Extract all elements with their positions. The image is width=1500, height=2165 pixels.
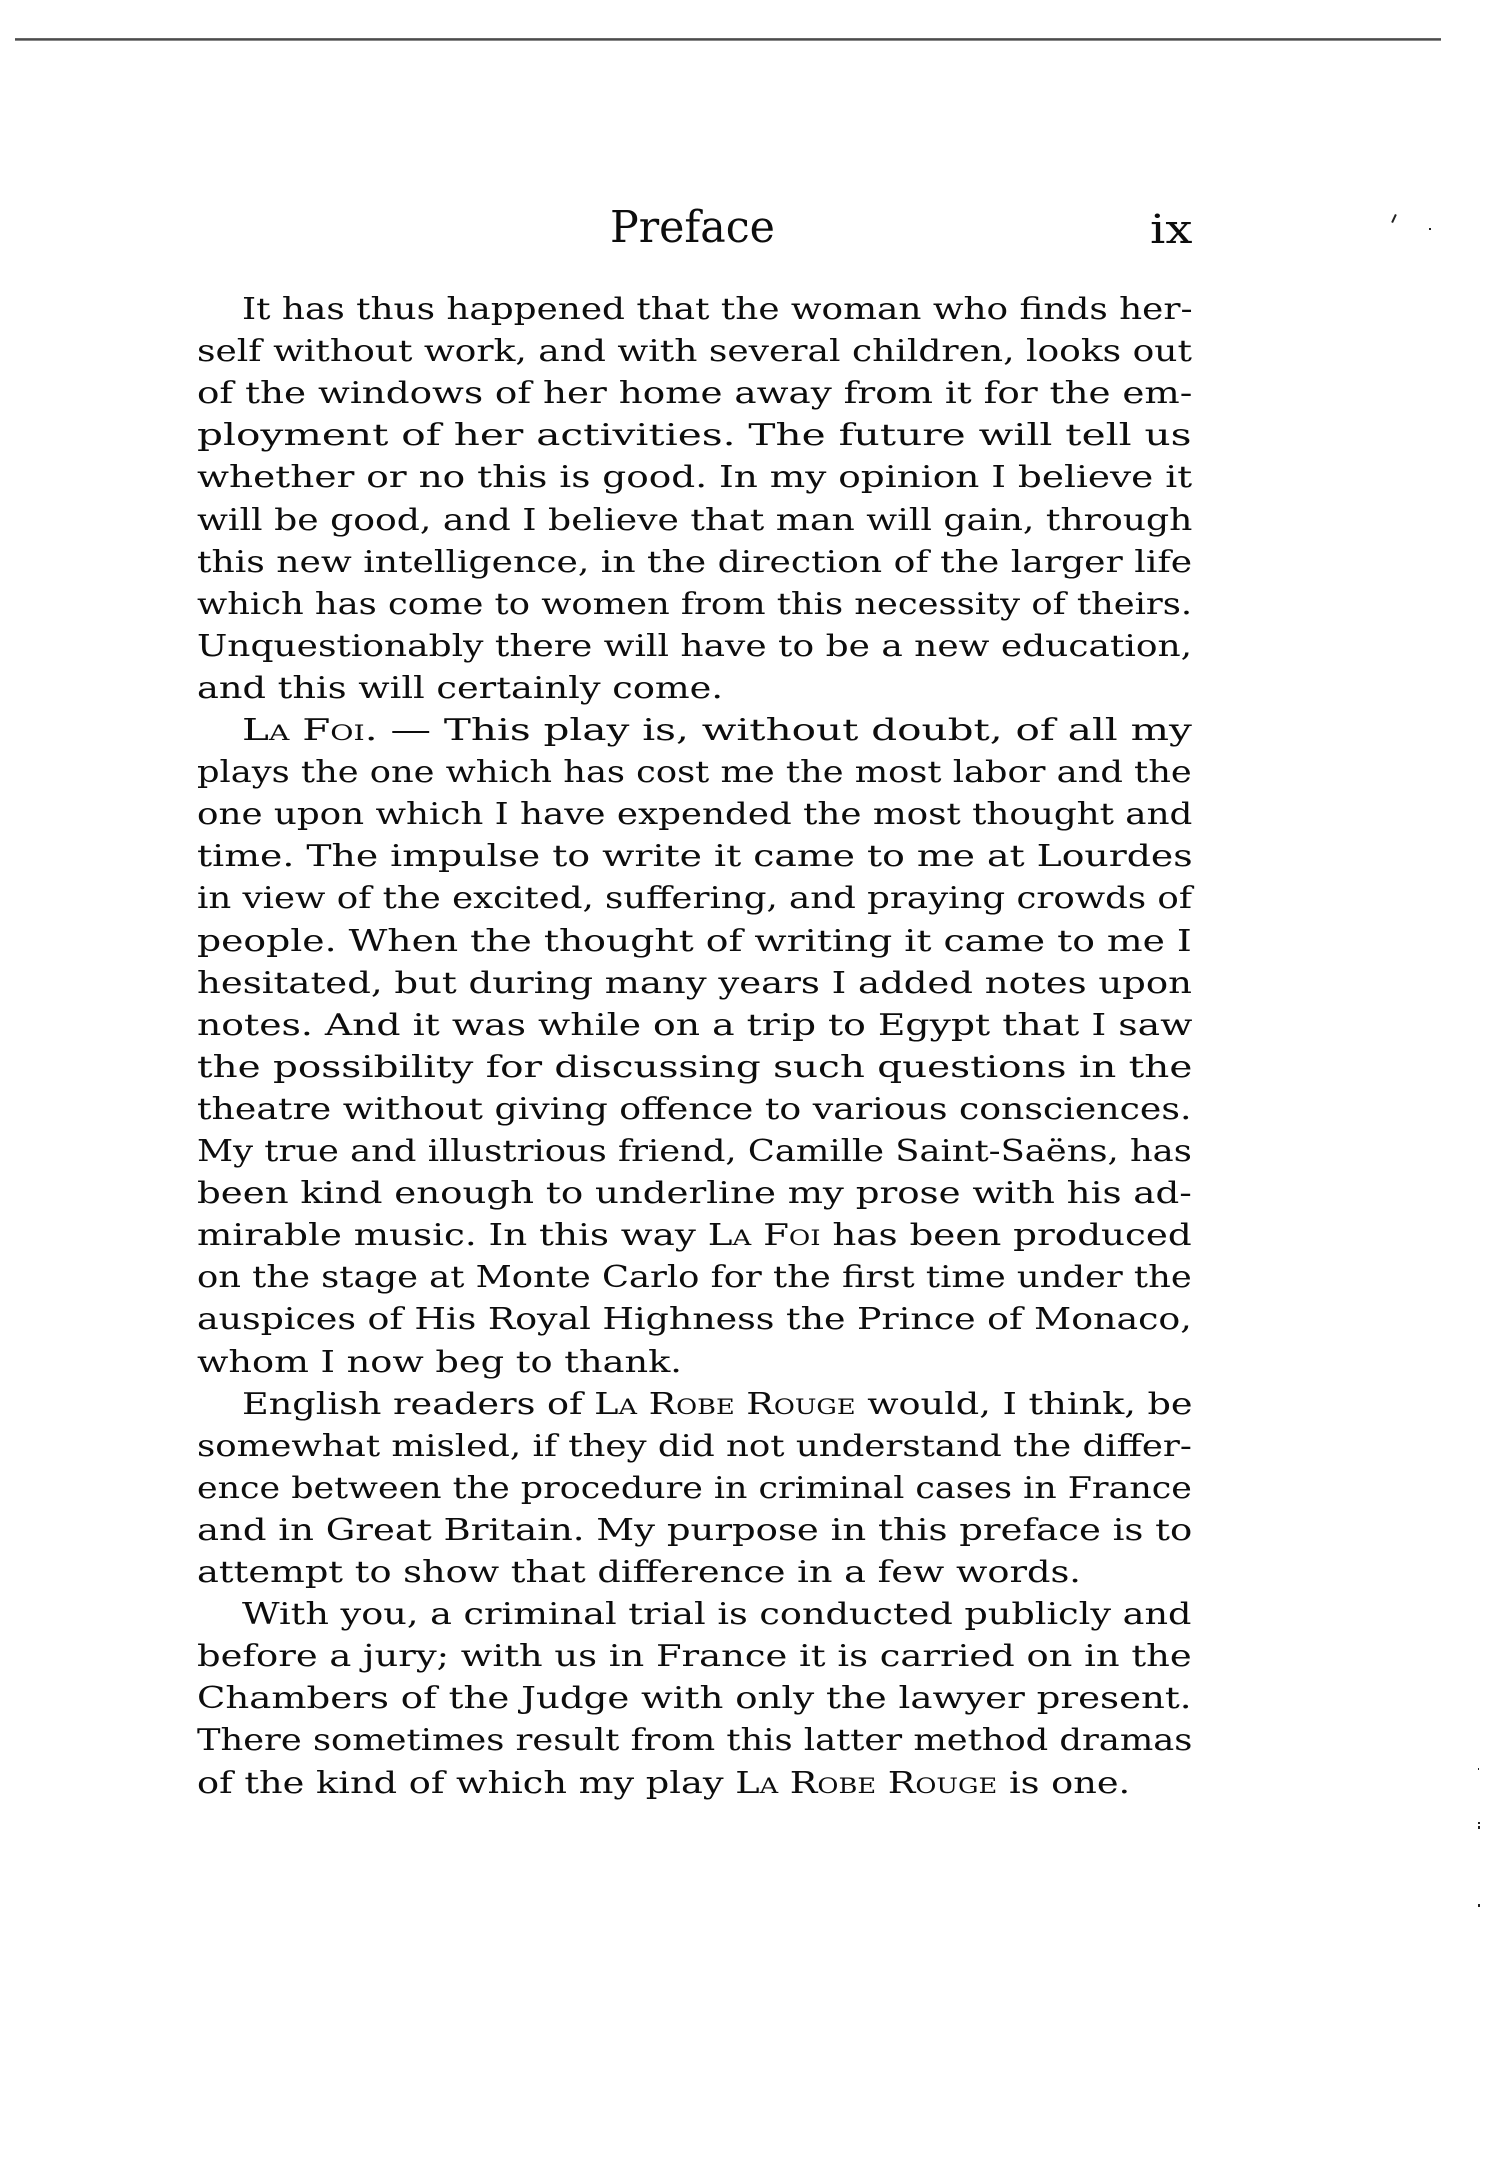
scan-mark	[1478, 1904, 1480, 1907]
text-run: on the stage at Monte Carlo for the firs…	[197, 1260, 1192, 1295]
text-run: one upon which I have expended the most …	[197, 797, 1192, 832]
text-run: will be good, and I believe that man wil…	[197, 503, 1192, 538]
text-run: which has come to women from this necess…	[197, 587, 1192, 622]
text-line: and this will certainly come.	[197, 671, 723, 707]
text-line: self without work, and with several chil…	[197, 334, 1192, 370]
text-line: somewhat misled, if they did not underst…	[197, 1429, 1192, 1465]
text-line: the possibility for discussing such ques…	[197, 1050, 1192, 1086]
text-run: this new intelligence, in the direction …	[197, 545, 1192, 580]
text-line: It has thus happened that the woman who …	[242, 292, 1193, 328]
text-line: English readers of La Robe Rouge would, …	[242, 1387, 1193, 1423]
play-title: La Foi.	[242, 713, 378, 748]
text-run: time. The impulse to write it came to me…	[197, 839, 1193, 874]
text-line: of the kind of which my play La Robe Rou…	[197, 1766, 1130, 1802]
text-run: is one.	[997, 1766, 1130, 1801]
text-run: whom I now beg to thank.	[197, 1345, 682, 1380]
text-run: ence between the procedure in criminal c…	[197, 1471, 1192, 1506]
scan-mark	[1478, 1768, 1479, 1770]
text-line: one upon which I have expended the most …	[197, 797, 1192, 833]
text-line: ployment of her activities. The future w…	[197, 418, 1192, 454]
text-run: auspices of His Royal Highness the Princ…	[197, 1302, 1192, 1337]
text-run: and in Great Britain. My purpose in this…	[197, 1513, 1192, 1548]
text-run: There sometimes result from this latter …	[197, 1723, 1192, 1758]
text-line: people. When the thought of writing it c…	[197, 924, 1192, 960]
text-line: mirable music. In this way La Foi has be…	[197, 1218, 1192, 1254]
text-line: whom I now beg to thank.	[197, 1345, 682, 1381]
text-run: self without work, and with several chil…	[197, 334, 1192, 369]
play-title: La Foi	[708, 1218, 821, 1253]
text-run: notes. And it was while on a trip to Egy…	[197, 1008, 1192, 1043]
text-run: and this will certainly come.	[197, 671, 723, 706]
text-run: people. When the thought of writing it c…	[197, 924, 1192, 959]
text-line: attempt to show that difference in a few…	[197, 1555, 1081, 1591]
text-run: It has thus happened that the woman who …	[242, 292, 1193, 327]
text-line: My true and illustrious friend, Camille …	[197, 1134, 1192, 1170]
text-line: will be good, and I believe that man wil…	[197, 503, 1192, 539]
scan-mark	[1478, 1826, 1480, 1829]
running-head-title: Preface	[610, 198, 775, 258]
text-line: which has come to women from this necess…	[197, 587, 1192, 623]
text-line: ence between the procedure in criminal c…	[197, 1471, 1192, 1507]
text-run: been kind enough to underline my prose w…	[197, 1176, 1192, 1211]
text-run: before a jury; with us in France it is c…	[197, 1639, 1192, 1674]
text-line: With you, a criminal trial is conducted …	[242, 1597, 1191, 1633]
text-line: on the stage at Monte Carlo for the firs…	[197, 1260, 1192, 1296]
text-run: Chambers of the Judge with only the lawy…	[197, 1681, 1192, 1716]
text-line: Chambers of the Judge with only the lawy…	[197, 1681, 1192, 1717]
text-run: of the windows of her home away from it …	[197, 376, 1192, 411]
text-line: been kind enough to underline my prose w…	[197, 1176, 1192, 1212]
page-edge-rule	[15, 38, 1441, 41]
text-line: whether or no this is good. In my opinio…	[197, 460, 1192, 496]
text-run: whether or no this is good. In my opinio…	[197, 460, 1192, 495]
scan-mark	[1478, 1822, 1480, 1824]
text-run: of the kind of which my play	[197, 1766, 735, 1801]
play-title: La Robe Rouge	[735, 1766, 997, 1801]
text-run: English readers of	[242, 1387, 594, 1422]
text-run: attempt to show that difference in a few…	[197, 1555, 1081, 1590]
text-line: before a jury; with us in France it is c…	[197, 1639, 1192, 1675]
text-line: hesitated, but during many years I added…	[197, 966, 1192, 1002]
text-run: in view of the excited, suffering, and p…	[197, 881, 1192, 916]
text-run: would, I think, be	[856, 1387, 1193, 1422]
text-line: and in Great Britain. My purpose in this…	[197, 1513, 1192, 1549]
page-number: ix	[1150, 202, 1192, 258]
text-line: of the windows of her home away from it …	[197, 376, 1192, 412]
text-line: time. The impulse to write it came to me…	[197, 839, 1193, 875]
text-run: Unquestionably there will have to be a n…	[197, 629, 1192, 664]
text-run: My true and illustrious friend, Camille …	[197, 1134, 1192, 1169]
scan-mark	[1429, 228, 1431, 230]
scan-mark	[1391, 214, 1397, 223]
text-run: the possibility for discussing such ques…	[197, 1050, 1192, 1085]
text-line: in view of the excited, suffering, and p…	[197, 881, 1192, 917]
text-run: has been produced	[821, 1218, 1192, 1253]
text-run: somewhat misled, if they did not underst…	[197, 1429, 1192, 1464]
text-run: ployment of her activities. The future w…	[197, 418, 1192, 453]
text-line: this new intelligence, in the direction …	[197, 545, 1192, 581]
play-title: La Robe Rouge	[594, 1387, 855, 1422]
text-line: There sometimes result from this latter …	[197, 1723, 1192, 1759]
text-run: — This play is, without doubt, of all my	[378, 713, 1192, 748]
text-line: Unquestionably there will have to be a n…	[197, 629, 1192, 665]
text-line: notes. And it was while on a trip to Egy…	[197, 1008, 1192, 1044]
text-run: plays the one which has cost me the most…	[197, 755, 1192, 790]
text-run: With you, a criminal trial is conducted …	[242, 1597, 1191, 1632]
text-line: plays the one which has cost me the most…	[197, 755, 1192, 791]
text-line: auspices of His Royal Highness the Princ…	[197, 1302, 1192, 1338]
text-run: hesitated, but during many years I added…	[197, 966, 1192, 1001]
text-run: theatre without giving offence to variou…	[197, 1092, 1191, 1127]
text-line: theatre without giving offence to variou…	[197, 1092, 1191, 1128]
text-line: La Foi. — This play is, without doubt, o…	[242, 713, 1192, 749]
text-run: mirable music. In this way	[197, 1218, 708, 1253]
